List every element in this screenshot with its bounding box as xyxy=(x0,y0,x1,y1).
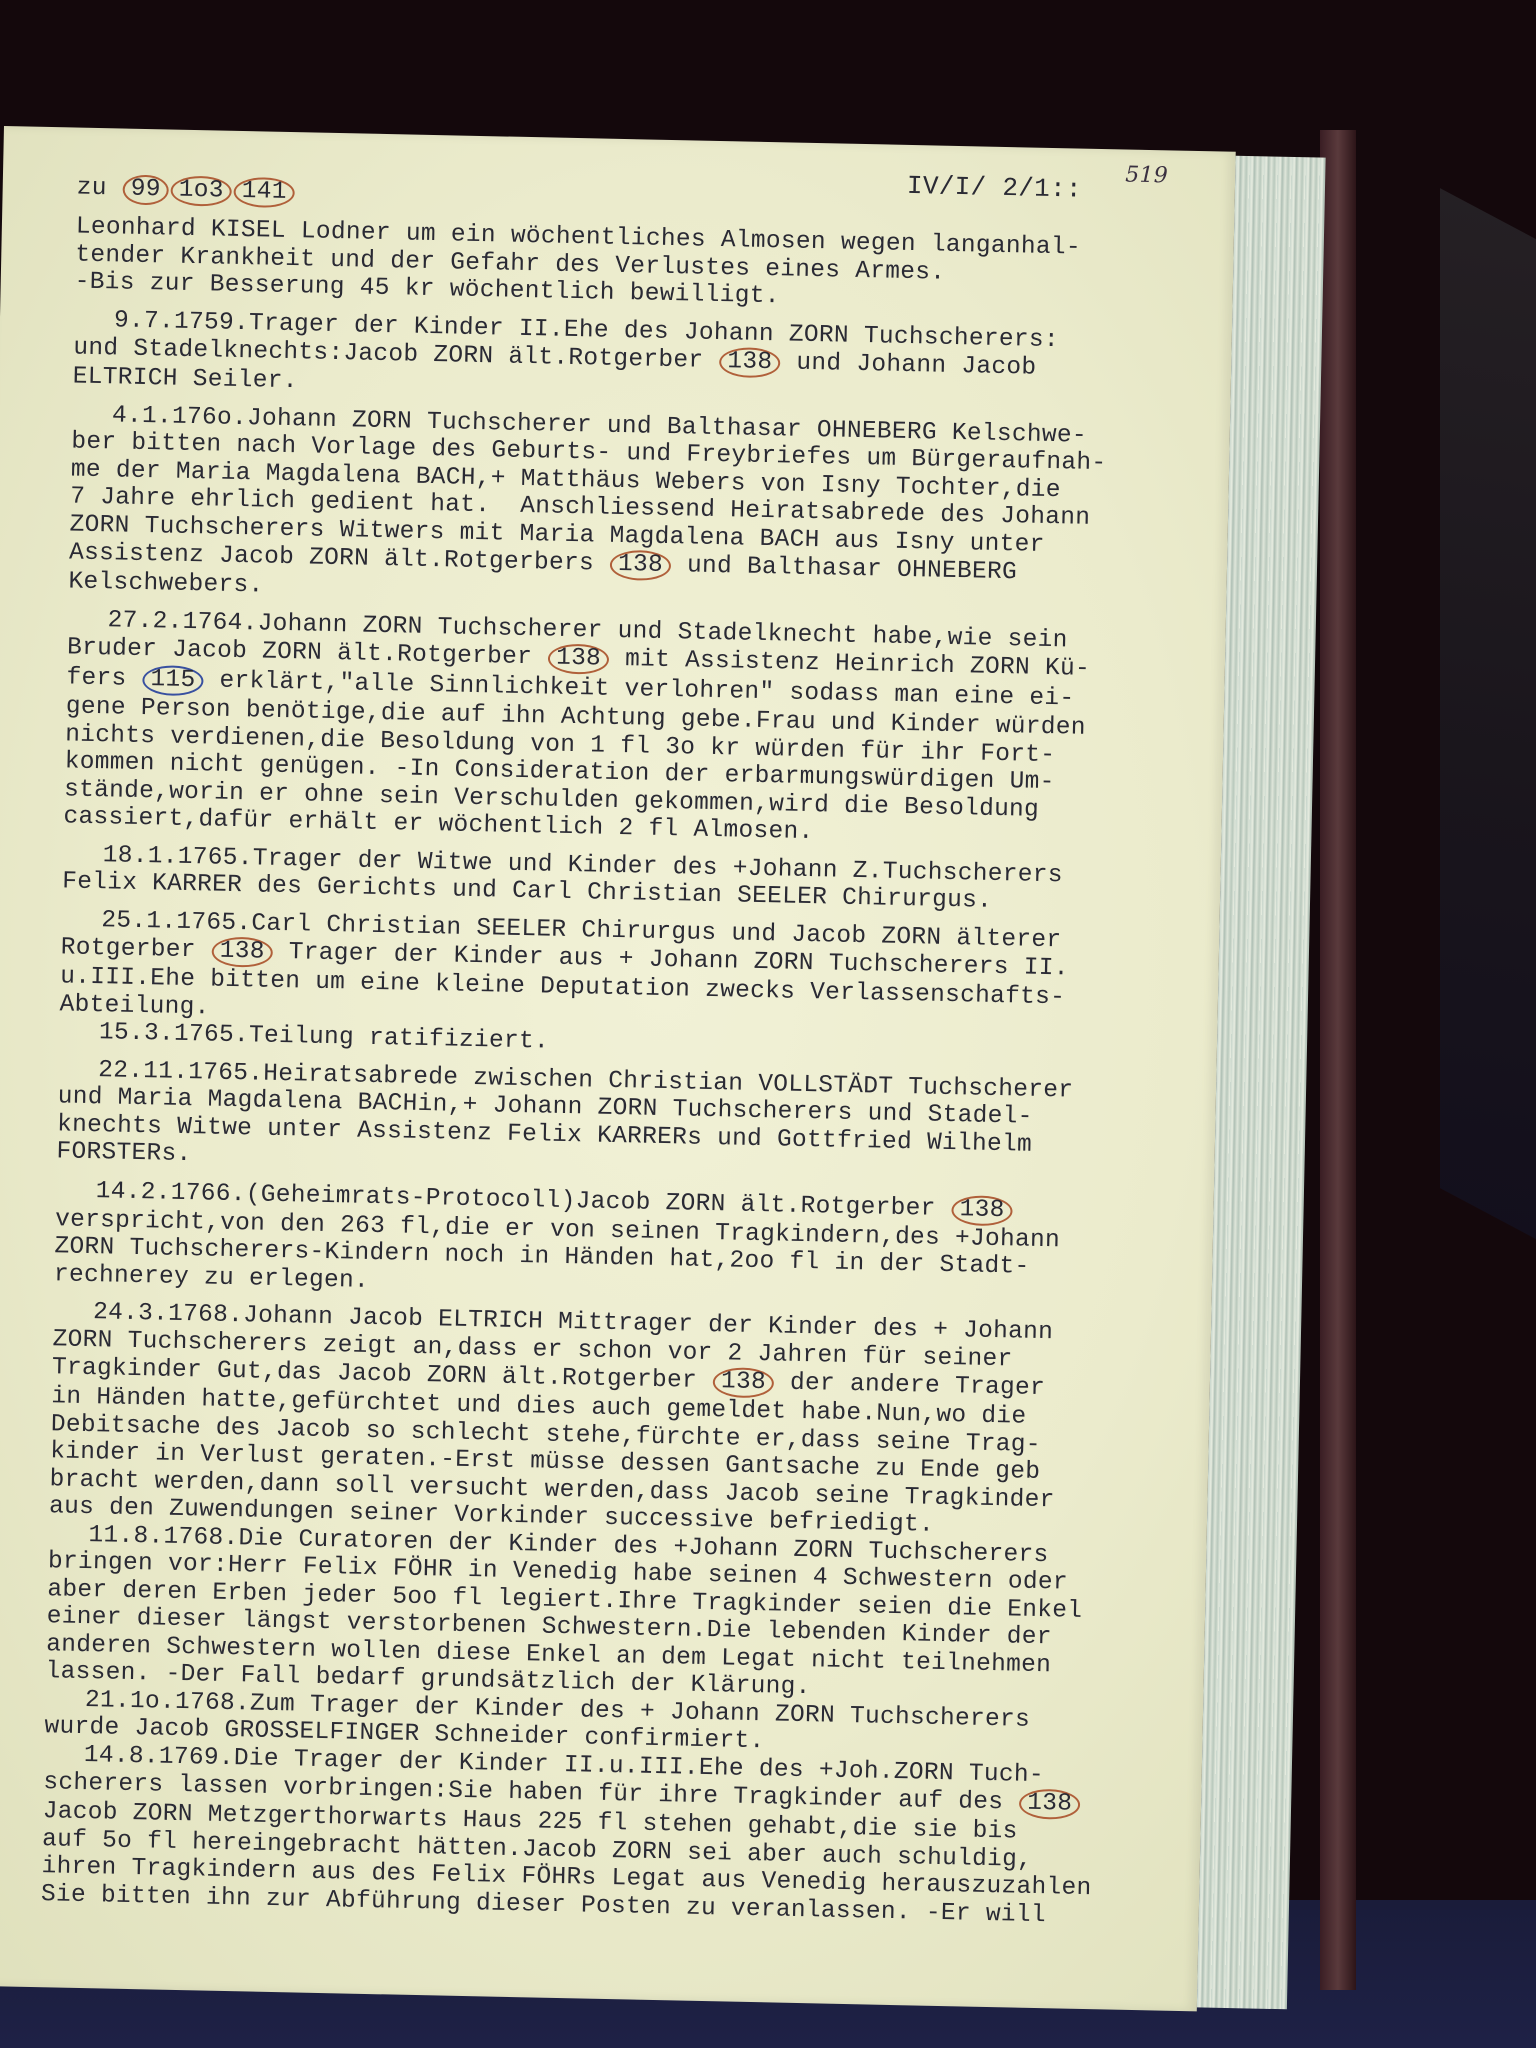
circled-ref: 141 xyxy=(233,177,295,208)
circled-ref: 115 xyxy=(142,665,204,696)
entry-paragraph: 24.3.1768.Johann Jacob ELTRICH Mittrager… xyxy=(49,1298,1183,1544)
circled-ref: 1o3 xyxy=(170,176,232,207)
entry-paragraph: 14.8.1769.Die Trager der Kinder II.u.III… xyxy=(41,1741,1174,1932)
book-cover-edge xyxy=(1320,130,1356,1990)
book: zu 991o3141 IV/I/ 2/1:: 519 Leonhard KIS… xyxy=(0,126,1324,2033)
circled-ref: 138 xyxy=(719,347,781,378)
circled-ref: 138 xyxy=(610,550,672,581)
background-shadow xyxy=(1440,188,1536,1252)
circled-ref: 138 xyxy=(951,1195,1013,1226)
entry-paragraph: 18.1.1765.Trager der Witwe und Kinder de… xyxy=(62,841,1193,920)
entry-paragraph: 9.7.1759.Trager der Kinder II.Ehe des Jo… xyxy=(72,306,1204,415)
page-content: zu 991o3141 IV/I/ 2/1:: 519 Leonhard KIS… xyxy=(41,164,1207,1932)
entry-paragraph: 22.11.1765.Heiratsabrede zwischen Christ… xyxy=(56,1056,1188,1190)
archive-signature: IV/I/ 2/1:: xyxy=(907,173,1082,204)
entry-paragraph: 27.2.1764.Johann ZORN Tuchscherer und St… xyxy=(63,606,1197,855)
entry-paragraph: 4.1.176o.Johann ZORN Tuchscherer und Bal… xyxy=(68,401,1202,620)
circled-ref: 138 xyxy=(713,1367,775,1398)
document-page: zu 991o3141 IV/I/ 2/1:: 519 Leonhard KIS… xyxy=(0,126,1236,2011)
entry-paragraph: 14.2.1766.(Geheimrats-Protocoll)Jacob ZO… xyxy=(54,1176,1186,1312)
circled-ref: 138 xyxy=(1019,1789,1081,1820)
circled-ref: 138 xyxy=(548,644,610,675)
cross-reference: zu 991o3141 xyxy=(76,174,296,209)
circled-ref: 99 xyxy=(122,175,169,206)
entries: Leonhard KISEL Lodner um ein wöchentlich… xyxy=(41,214,1206,1932)
handwritten-page-number: 519 xyxy=(1125,161,1168,189)
entry-paragraph: 11.8.1768.Die Curatoren der Kinder des +… xyxy=(45,1521,1178,1710)
entry-paragraph: Leonhard KISEL Lodner um ein wöchentlich… xyxy=(74,214,1205,320)
reference-prefix: zu xyxy=(76,175,107,203)
circled-ref: 138 xyxy=(211,937,273,968)
